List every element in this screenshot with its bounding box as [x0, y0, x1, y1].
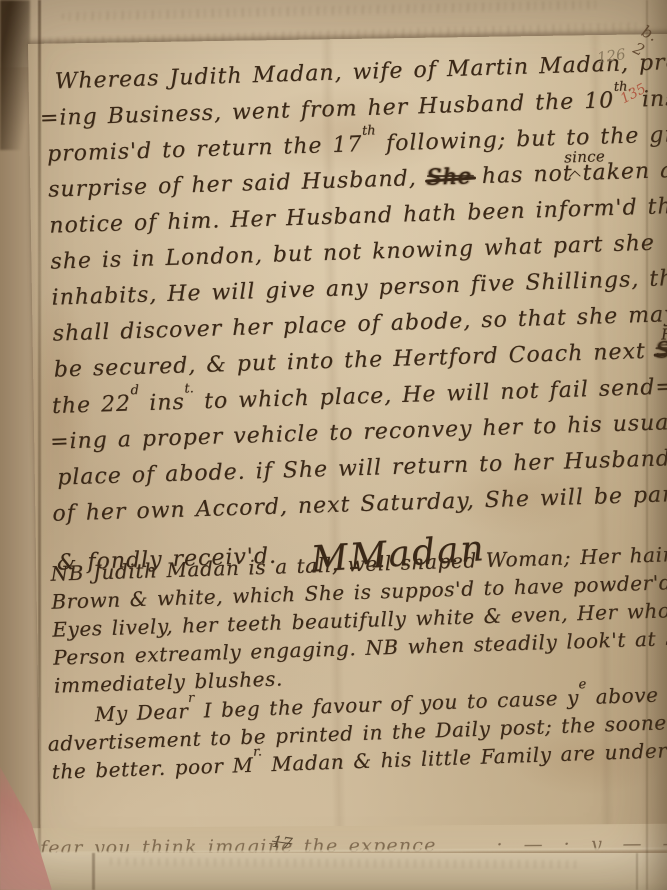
superscript: r.: [253, 745, 262, 760]
right-page-edge: [641, 0, 667, 890]
left-page-edge: [0, 0, 40, 890]
superscript: r: [188, 691, 195, 706]
superscript: t.: [184, 381, 194, 396]
bottom-blank-paper: [0, 853, 667, 890]
superscript: th: [362, 123, 376, 138]
paper-seam: [92, 853, 95, 890]
right-crease-line: [646, 0, 648, 890]
manuscript-page-photo: Whereas Judith Madan, wife of Martin Mad…: [0, 0, 667, 890]
bleed-through-writing: [62, 0, 602, 21]
ghost-writing: [110, 858, 580, 868]
nb-description-paragraph: NB Judith Madan is a tall, well shaped W…: [50, 541, 667, 702]
superscript: d: [130, 383, 139, 398]
adv-line-4-text: has not: [471, 161, 573, 189]
paper-seam: [636, 853, 638, 890]
manuscript-sheet: Whereas Judith Madan, wife of Martin Mad…: [28, 34, 667, 836]
superscript: e: [578, 677, 586, 692]
left-crease-line: [38, 0, 41, 890]
closing-line-1-text: My Dear: [94, 699, 188, 726]
struck-out-word: She: [426, 164, 472, 190]
inserted-word-since: since: [564, 147, 605, 166]
adv-line-10-text: ins: [139, 390, 185, 416]
adv-line-10-text: the 22: [52, 392, 132, 419]
advertisement-paragraph: Whereas Judith Madan, wife of Martin Mad…: [44, 47, 667, 573]
